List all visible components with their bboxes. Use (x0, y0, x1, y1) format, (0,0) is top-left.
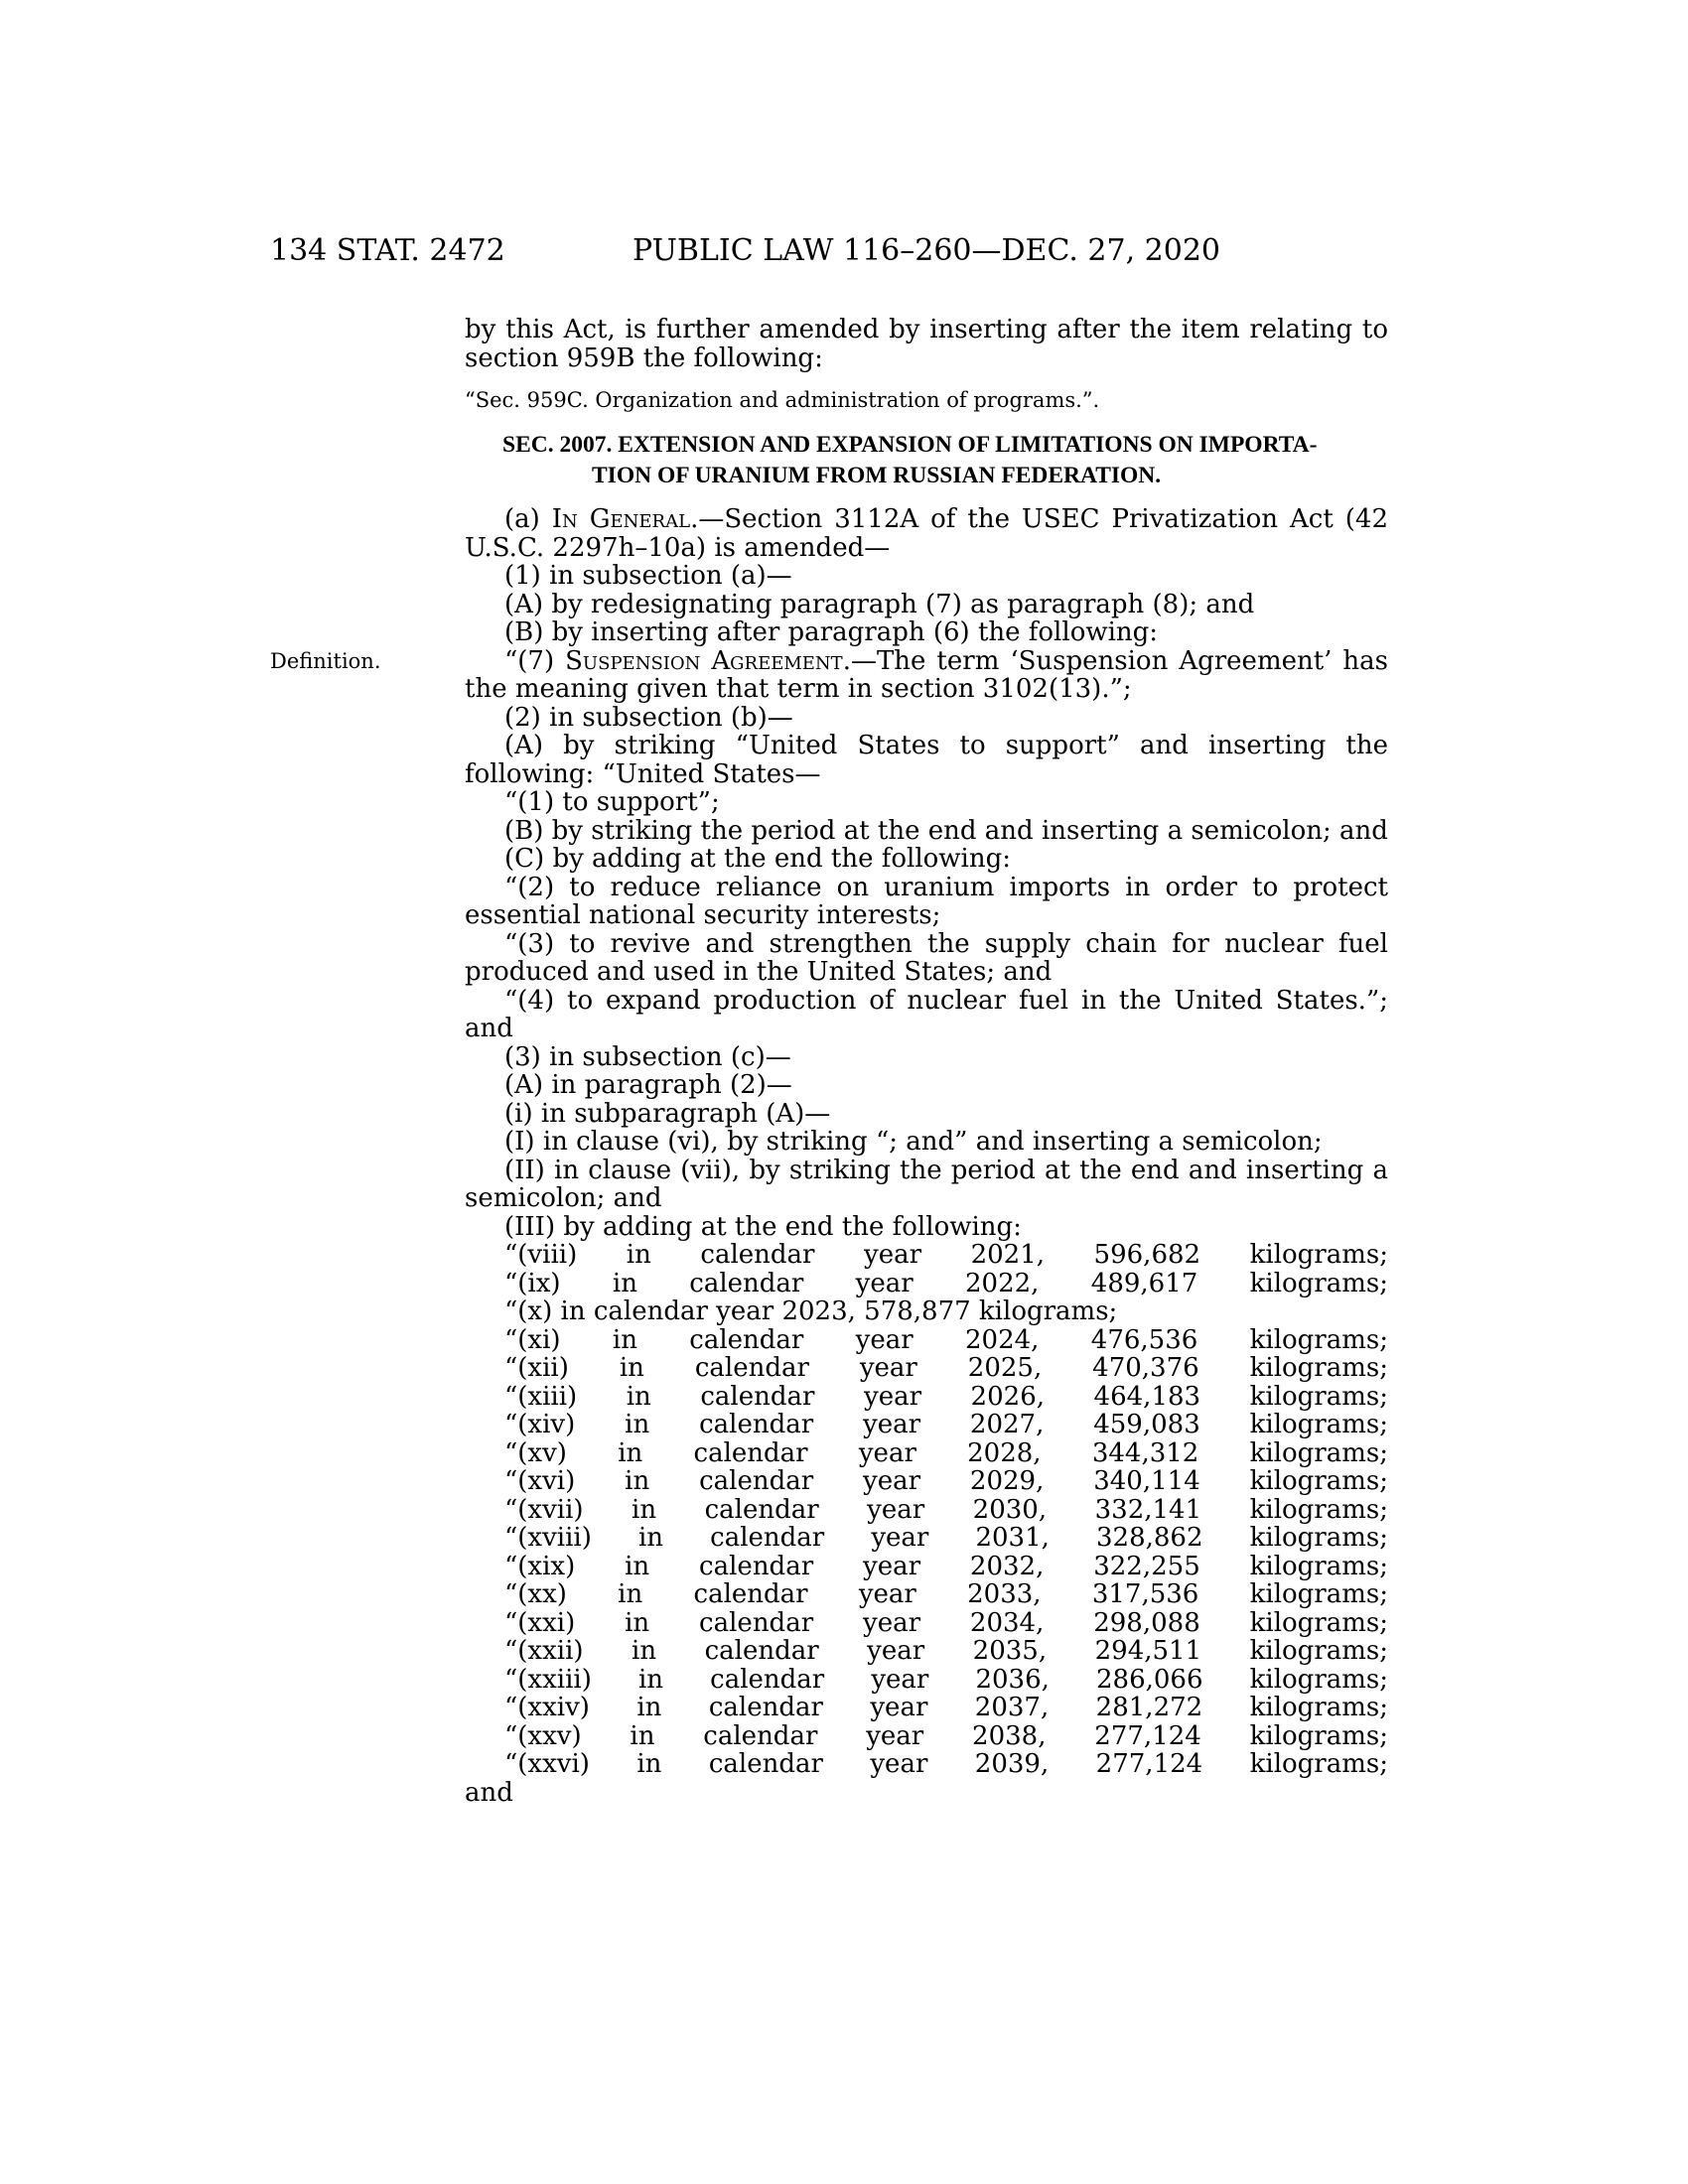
amendment-3-subclause-III: (III) by adding at the end the following… (465, 1213, 1388, 1242)
amendment-paragraph-3: (3) in subsection (c)— (465, 1043, 1388, 1072)
quoted-paragraph-7: Definition.“(7) Suspension Agreement.—Th… (465, 647, 1388, 704)
kilogram-limit-line: “(ix) in calendar year 2022, 489,617 kil… (465, 1270, 1388, 1298)
intro-paragraph: by this Act, is further amended by inser… (465, 316, 1388, 372)
amendment-1-subpara-B: (B) by inserting after paragraph (6) the… (465, 618, 1388, 647)
kilogram-limit-line: “(xii) in calendar year 2025, 470,376 ki… (465, 1354, 1388, 1383)
quoted-paragraph-7-marker: “(7) (504, 646, 565, 676)
kilogram-limit-line: “(xix) in calendar year 2032, 322,255 ki… (465, 1553, 1388, 1581)
quoted-paragraph-2: “(2) to reduce reliance on uranium impor… (465, 874, 1388, 930)
public-law-title: PUBLIC LAW 116–260—DEC. 27, 2020 (465, 234, 1388, 268)
section-heading-line-1: SEC. 2007. EXTENSION AND EXPANSION OF LI… (502, 430, 1388, 461)
section-heading-line-2: TION OF URANIUM FROM RUSSIAN FEDERATION. (592, 461, 1388, 491)
kilogram-limit-line: “(xvi) in calendar year 2029, 340,114 ki… (465, 1467, 1388, 1496)
kilogram-limit-line: “(xxvi) in calendar year 2039, 277,124 k… (465, 1750, 1388, 1779)
amendment-2-subpara-B: (B) by striking the period at the end an… (465, 817, 1388, 846)
kilogram-limit-line: “(xi) in calendar year 2024, 476,536 kil… (465, 1326, 1388, 1355)
quoted-paragraph-7-catchline: Suspension Agreement (565, 646, 843, 676)
amendment-3-subpara-A: (A) in paragraph (2)— (465, 1071, 1388, 1100)
amendment-2-subpara-C: (C) by adding at the end the following: (465, 845, 1388, 874)
kilogram-limit-line: “(xiii) in calendar year 2026, 464,183 k… (465, 1383, 1388, 1412)
amendment-paragraph-2: (2) in subsection (b)— (465, 704, 1388, 733)
amendment-3-clause-i: (i) in subparagraph (A)— (465, 1100, 1388, 1129)
kilogram-limits-list: “(viii) in calendar year 2021, 596,682 k… (465, 1241, 1388, 1779)
trailing-and: and (465, 1779, 1388, 1808)
kilogram-limit-line: “(xvii) in calendar year 2030, 332,141 k… (465, 1496, 1388, 1525)
subsection-a-paragraph: (a) In General.—Section 3112A of the USE… (465, 505, 1388, 562)
table-of-sections-entry: “Sec. 959C. Organization and administrat… (465, 388, 1388, 412)
kilogram-limit-line: “(xviii) in calendar year 2031, 328,862 … (465, 1524, 1388, 1553)
amendment-3-subclause-II: (II) in clause (vii), by striking the pe… (465, 1157, 1388, 1213)
amendment-3-subclause-I: (I) in clause (vi), by striking “; and” … (465, 1128, 1388, 1157)
quoted-paragraph-4: “(4) to expand production of nuclear fue… (465, 987, 1388, 1043)
quoted-paragraph-1: “(1) to support”; (465, 788, 1388, 817)
statute-page: 134 STAT. 2472 PUBLIC LAW 116–260—DEC. 2… (0, 0, 1688, 2184)
amendment-paragraph-1: (1) in subsection (a)— (465, 562, 1388, 591)
kilogram-limit-line: “(xx) in calendar year 2033, 317,536 kil… (465, 1580, 1388, 1609)
kilogram-limit-line: “(xxi) in calendar year 2034, 298,088 ki… (465, 1609, 1388, 1638)
statute-body: by this Act, is further amended by inser… (465, 316, 1388, 1807)
subsection-a-marker: (a) (504, 504, 552, 534)
kilogram-limit-line: “(viii) in calendar year 2021, 596,682 k… (465, 1241, 1388, 1270)
quoted-paragraph-3: “(3) to revive and strengthen the supply… (465, 930, 1388, 987)
kilogram-limit-line: “(xv) in calendar year 2028, 344,312 kil… (465, 1439, 1388, 1468)
kilogram-limit-line: “(xxv) in calendar year 2038, 277,124 ki… (465, 1722, 1388, 1751)
section-heading: SEC. 2007. EXTENSION AND EXPANSION OF LI… (465, 430, 1388, 491)
margin-note-definition: Definition. (270, 649, 449, 673)
subsection-a-catchline: In General (552, 504, 690, 534)
kilogram-limit-line: “(xxiv) in calendar year 2037, 281,272 k… (465, 1694, 1388, 1722)
kilogram-limit-line: “(xxii) in calendar year 2035, 294,511 k… (465, 1637, 1388, 1666)
kilogram-limit-line: “(xiv) in calendar year 2027, 459,083 ki… (465, 1411, 1388, 1439)
amendment-1-subpara-A: (A) by redesignating paragraph (7) as pa… (465, 591, 1388, 619)
kilogram-limit-line: “(x) in calendar year 2023, 578,877 kilo… (465, 1297, 1388, 1326)
kilogram-limit-line: “(xxiii) in calendar year 2036, 286,066 … (465, 1666, 1388, 1695)
amendment-2-subpara-A: (A) by striking “United States to suppor… (465, 732, 1388, 788)
